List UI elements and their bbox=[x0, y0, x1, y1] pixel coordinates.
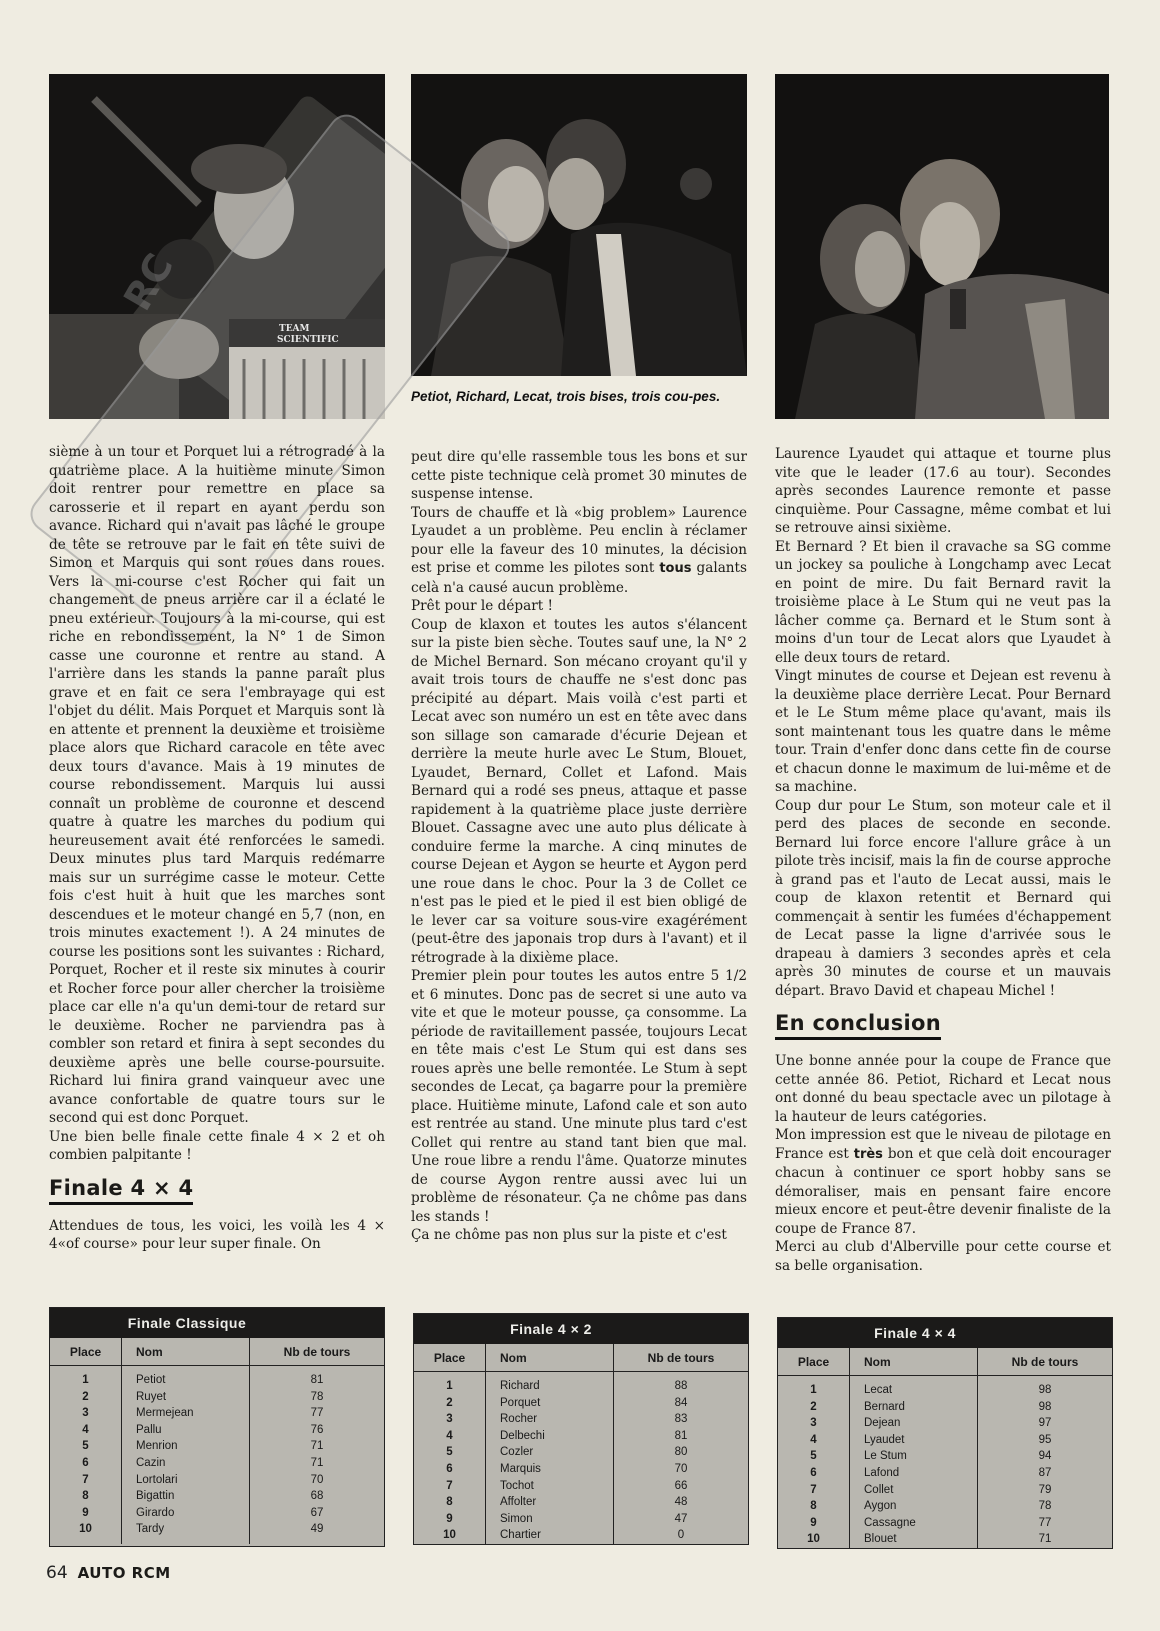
table-cell: 71 bbox=[978, 1531, 1112, 1548]
table-cell: 3 bbox=[414, 1411, 485, 1428]
results-table-finale-4x2: Finale 4 × 2 Place Nom Nb de tours 12345… bbox=[413, 1313, 749, 1545]
table-cell: 66 bbox=[614, 1478, 748, 1495]
photo-scene bbox=[411, 74, 747, 376]
table-cell: Lortolari bbox=[136, 1472, 249, 1489]
table-cell: 77 bbox=[250, 1405, 384, 1422]
table-cell: 6 bbox=[50, 1455, 121, 1472]
table-cell: 70 bbox=[614, 1461, 748, 1478]
table-body: 12345678910 RichardPorquetRocherDelbechi… bbox=[414, 1372, 748, 1542]
table-cell: Tochot bbox=[500, 1478, 613, 1495]
paragraph: Vingt minutes de course et Dejean est re… bbox=[775, 667, 1111, 797]
table-cell: 87 bbox=[978, 1465, 1112, 1482]
table-cell: Affolter bbox=[500, 1494, 613, 1511]
paragraph: peut dire qu'elle rassemble tous les bon… bbox=[411, 448, 747, 504]
table-cell: 10 bbox=[50, 1521, 121, 1538]
table-cell: 48 bbox=[614, 1494, 748, 1511]
column-header-place: Place bbox=[414, 1344, 486, 1372]
paragraph: Et Bernard ? Et bien il cravache sa SG c… bbox=[775, 538, 1111, 668]
laps-column: 8884838180706648470 bbox=[614, 1372, 748, 1544]
table-cell: 78 bbox=[250, 1389, 384, 1406]
table-cell: 79 bbox=[978, 1482, 1112, 1499]
table-cell: 80 bbox=[614, 1444, 748, 1461]
emphasis: tous bbox=[659, 561, 691, 576]
table-cell: 4 bbox=[414, 1428, 485, 1445]
table-cell: 9 bbox=[778, 1515, 849, 1532]
table-cell: 4 bbox=[50, 1422, 121, 1439]
table-cell: Bernard bbox=[864, 1399, 977, 1416]
table-cell: 83 bbox=[614, 1411, 748, 1428]
table-cell: 88 bbox=[614, 1378, 748, 1395]
table-cell: 7 bbox=[414, 1478, 485, 1495]
results-table-finale-classique: Finale Classique Place Nom Nb de tours 1… bbox=[49, 1307, 385, 1547]
table-cell: 7 bbox=[50, 1472, 121, 1489]
paragraph: sième à un tour et Porquet lui a rétrogr… bbox=[49, 443, 385, 1128]
table-cell: Lyaudet bbox=[864, 1432, 977, 1449]
article-column-3: Laurence Lyaudet qui attaque et tourne p… bbox=[775, 445, 1111, 1275]
table-cell: 0 bbox=[614, 1527, 748, 1544]
name-column: LecatBernardDejeanLyaudetLe StumLafondCo… bbox=[850, 1376, 978, 1548]
table-cell: Pallu bbox=[136, 1422, 249, 1439]
table-header-row: Place Nom Nb de tours bbox=[50, 1338, 384, 1366]
table-cell: 6 bbox=[778, 1465, 849, 1482]
place-column: 12345678910 bbox=[778, 1376, 850, 1548]
table-cell: 2 bbox=[50, 1389, 121, 1406]
column-header-name: Nom bbox=[486, 1344, 614, 1372]
table-cell: 7 bbox=[778, 1482, 849, 1499]
table-cell: 98 bbox=[978, 1382, 1112, 1399]
table-cell: 8 bbox=[50, 1488, 121, 1505]
table-cell: Girardo bbox=[136, 1505, 249, 1522]
paragraph: Merci au club d'Alberville pour cette co… bbox=[775, 1238, 1111, 1275]
section-heading-finale-4x4: Finale 4 × 4 bbox=[49, 1175, 193, 1205]
svg-text:SCIENTIFIC: SCIENTIFIC bbox=[277, 335, 339, 345]
photo-scene bbox=[775, 74, 1109, 419]
table-cell: Bigattin bbox=[136, 1488, 249, 1505]
paragraph: Premier plein pour toutes les autos entr… bbox=[411, 967, 747, 1226]
table-cell: 9 bbox=[50, 1505, 121, 1522]
photo-team-scientific-driver: TEAM SCIENTIFIC bbox=[49, 74, 385, 419]
table-cell: Tardy bbox=[136, 1521, 249, 1538]
table-cell: 70 bbox=[250, 1472, 384, 1489]
paragraph: Prêt pour le départ ! bbox=[411, 597, 747, 616]
photo-scene: TEAM SCIENTIFIC bbox=[49, 74, 385, 419]
photo-podium-kiss bbox=[411, 74, 747, 376]
column-header-name: Nom bbox=[122, 1338, 250, 1366]
table-cell: Le Stum bbox=[864, 1448, 977, 1465]
table-cell: Dejean bbox=[864, 1415, 977, 1432]
table-cell: 71 bbox=[250, 1438, 384, 1455]
column-header-laps: Nb de tours bbox=[250, 1338, 384, 1366]
laps-column: 98989795948779787771 bbox=[978, 1376, 1112, 1548]
photo-embrace-trophy bbox=[775, 74, 1109, 419]
table-cell: Menrion bbox=[136, 1438, 249, 1455]
paragraph: Mon impression est que le niveau de pilo… bbox=[775, 1126, 1111, 1238]
article-column-2: peut dire qu'elle rassemble tous les bon… bbox=[411, 448, 747, 1245]
table-cell: 47 bbox=[614, 1511, 748, 1528]
column-header-laps: Nb de tours bbox=[614, 1344, 748, 1372]
table-cell: 1 bbox=[414, 1378, 485, 1395]
photo-caption: Petiot, Richard, Lecat, trois bises, tro… bbox=[411, 388, 751, 405]
paragraph: Coup de klaxon et toutes les autos s'éla… bbox=[411, 616, 747, 968]
table-cell: 1 bbox=[50, 1372, 121, 1389]
table-cell: Cassagne bbox=[864, 1515, 977, 1532]
column-header-name: Nom bbox=[850, 1348, 978, 1376]
place-column: 12345678910 bbox=[50, 1366, 122, 1544]
table-title: Finale 4 × 2 bbox=[414, 1314, 748, 1344]
table-cell: 10 bbox=[414, 1527, 485, 1544]
paragraph: Une bonne année pour la coupe de France … bbox=[775, 1052, 1111, 1126]
table-cell: 95 bbox=[978, 1432, 1112, 1449]
table-cell: Chartier bbox=[500, 1527, 613, 1544]
table-cell: 71 bbox=[250, 1455, 384, 1472]
table-title: Finale 4 × 4 bbox=[778, 1318, 1112, 1348]
table-cell: Marquis bbox=[500, 1461, 613, 1478]
table-cell: Lafond bbox=[864, 1465, 977, 1482]
paragraph: Laurence Lyaudet qui attaque et tourne p… bbox=[775, 445, 1111, 538]
table-cell: Lecat bbox=[864, 1382, 977, 1399]
table-cell: 4 bbox=[778, 1432, 849, 1449]
table-cell: 77 bbox=[978, 1515, 1112, 1532]
table-cell: 9 bbox=[414, 1511, 485, 1528]
results-table-finale-4x4: Finale 4 × 4 Place Nom Nb de tours 12345… bbox=[777, 1317, 1113, 1549]
table-cell: 3 bbox=[778, 1415, 849, 1432]
table-cell: 81 bbox=[250, 1372, 384, 1389]
table-cell: Richard bbox=[500, 1378, 613, 1395]
name-column: PetiotRuyetMermejeanPalluMenrionCazinLor… bbox=[122, 1366, 250, 1544]
table-cell: Delbechi bbox=[500, 1428, 613, 1445]
table-cell: Ruyet bbox=[136, 1389, 249, 1406]
table-cell: 5 bbox=[50, 1438, 121, 1455]
table-cell: 94 bbox=[978, 1448, 1112, 1465]
paragraph: Attendues de tous, les voici, les voilà … bbox=[49, 1217, 385, 1254]
table-cell: Cazin bbox=[136, 1455, 249, 1472]
table-cell: 2 bbox=[414, 1395, 485, 1412]
table-cell: 5 bbox=[414, 1444, 485, 1461]
table-cell: 78 bbox=[978, 1498, 1112, 1515]
table-cell: Cozler bbox=[500, 1444, 613, 1461]
name-column: RichardPorquetRocherDelbechiCozlerMarqui… bbox=[486, 1372, 614, 1544]
table-cell: Blouet bbox=[864, 1531, 977, 1548]
table-cell: 2 bbox=[778, 1399, 849, 1416]
table-cell: 81 bbox=[614, 1428, 748, 1445]
table-cell: 97 bbox=[978, 1415, 1112, 1432]
table-cell: Mermejean bbox=[136, 1405, 249, 1422]
emphasis: très bbox=[854, 1147, 883, 1162]
table-cell: Porquet bbox=[500, 1395, 613, 1412]
paragraph: Coup dur pour Le Stum, son moteur cale e… bbox=[775, 797, 1111, 1001]
table-cell: 1 bbox=[778, 1382, 849, 1399]
table-cell: 68 bbox=[250, 1488, 384, 1505]
table-cell: 84 bbox=[614, 1395, 748, 1412]
table-header-row: Place Nom Nb de tours bbox=[778, 1348, 1112, 1376]
table-cell: 6 bbox=[414, 1461, 485, 1478]
table-body: 12345678910 PetiotRuyetMermejeanPalluMen… bbox=[50, 1366, 384, 1544]
place-column: 12345678910 bbox=[414, 1372, 486, 1544]
table-title: Finale Classique bbox=[50, 1308, 384, 1338]
table-cell: Petiot bbox=[136, 1372, 249, 1389]
table-cell: 8 bbox=[414, 1494, 485, 1511]
magazine-name: AUTO RCM bbox=[78, 1564, 171, 1582]
page-number: 64 bbox=[46, 1563, 68, 1583]
column-header-laps: Nb de tours bbox=[978, 1348, 1112, 1376]
table-body: 12345678910 LecatBernardDejeanLyaudetLe … bbox=[778, 1376, 1112, 1546]
column-header-place: Place bbox=[50, 1338, 122, 1366]
table-cell: 98 bbox=[978, 1399, 1112, 1416]
section-heading-conclusion: En conclusion bbox=[775, 1010, 941, 1040]
table-cell: Simon bbox=[500, 1511, 613, 1528]
column-header-place: Place bbox=[778, 1348, 850, 1376]
paragraph: Ça ne chôme pas non plus sur la piste et… bbox=[411, 1226, 747, 1245]
table-cell: Rocher bbox=[500, 1411, 613, 1428]
table-cell: 8 bbox=[778, 1498, 849, 1515]
paragraph: Tours de chauffe et là «big problem» Lau… bbox=[411, 504, 747, 598]
table-cell: 5 bbox=[778, 1448, 849, 1465]
laps-column: 81787776717170686749 bbox=[250, 1366, 384, 1544]
page-footer: 64 AUTO RCM bbox=[46, 1563, 171, 1583]
table-cell: Aygon bbox=[864, 1498, 977, 1515]
article-column-1: sième à un tour et Porquet lui a rétrogr… bbox=[49, 443, 385, 1254]
table-header-row: Place Nom Nb de tours bbox=[414, 1344, 748, 1372]
svg-text:TEAM: TEAM bbox=[279, 324, 310, 334]
table-cell: 76 bbox=[250, 1422, 384, 1439]
table-cell: 67 bbox=[250, 1505, 384, 1522]
table-cell: Collet bbox=[864, 1482, 977, 1499]
paragraph: Une bien belle finale cette finale 4 × 2… bbox=[49, 1128, 385, 1165]
table-cell: 3 bbox=[50, 1405, 121, 1422]
table-cell: 10 bbox=[778, 1531, 849, 1548]
table-cell: 49 bbox=[250, 1521, 384, 1538]
